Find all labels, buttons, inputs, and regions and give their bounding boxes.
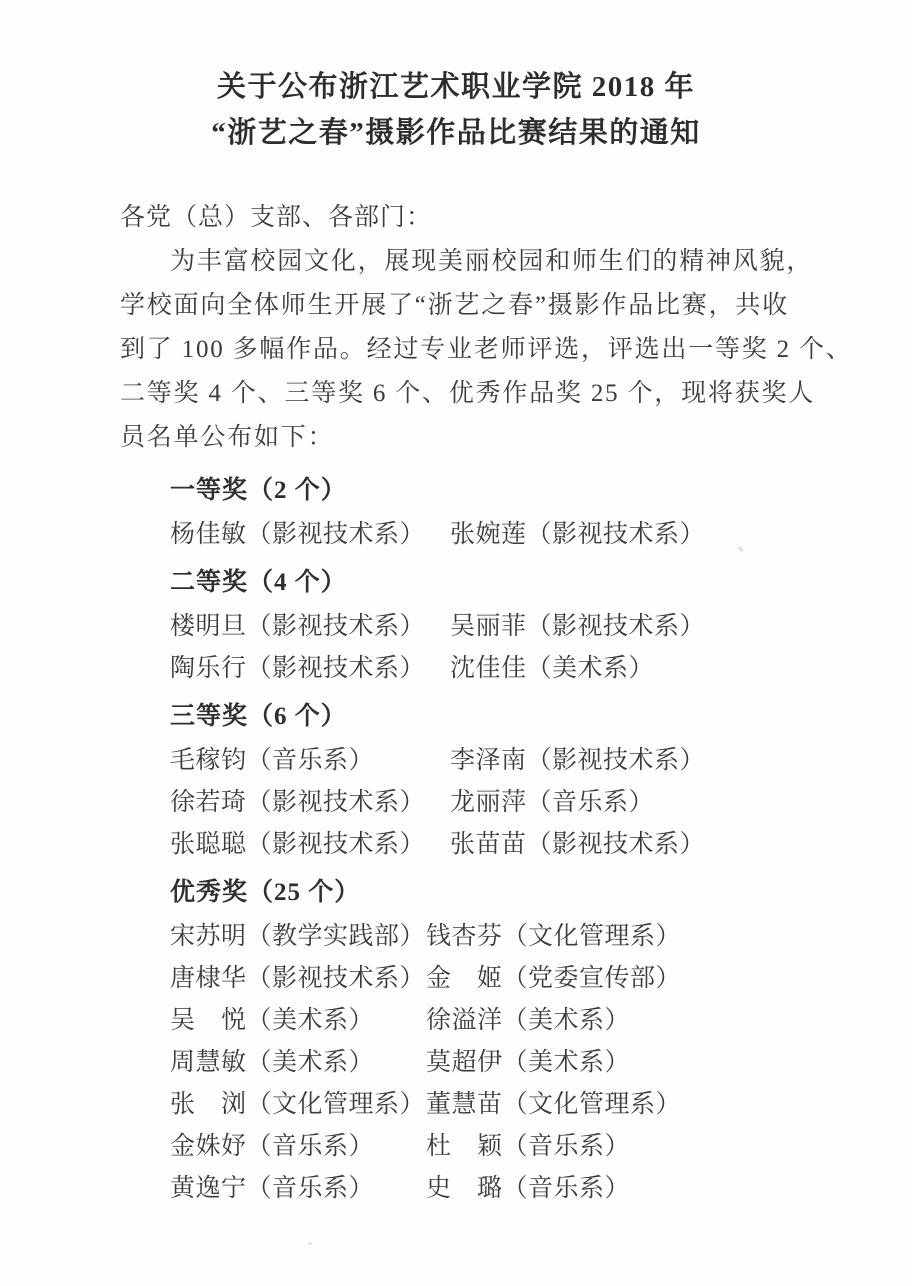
salutation: 各党（总）支部、各部门： [120, 196, 824, 240]
winner-row: 张聪聪（影视技术系） 张苗苗（影视技术系） [170, 824, 824, 866]
document-page: 关于公布浙江艺术职业学院 2018 年 “浙艺之春”摄影作品比赛结果的通知 各党… [0, 0, 912, 1286]
winner-entry: 唐棣华（影视技术系） [170, 958, 426, 1000]
winner-entry: 沈佳佳（美术系） [450, 648, 654, 690]
award-heading: 三等奖（6 个） [170, 696, 824, 738]
award-sections: 一等奖（2 个） 杨佳敏（影视技术系） 张婉莲（影视技术系） 二等奖（4 个） … [120, 470, 824, 1210]
paragraph-line: 二等奖 4 个、三等奖 6 个、优秀作品奖 25 个，现将获奖人 [120, 372, 824, 416]
winner-row: 杨佳敏（影视技术系） 张婉莲（影视技术系） [170, 514, 824, 556]
award-heading: 优秀奖（25 个） [170, 872, 824, 914]
winner-entry: 张苗苗（影视技术系） [450, 824, 705, 866]
winner-entry: 李泽南（影视技术系） [450, 740, 705, 782]
winner-row: 楼明旦（影视技术系） 吴丽菲（影视技术系） [170, 606, 824, 648]
winner-entry: 黄逸宁（音乐系） [170, 1168, 426, 1210]
winner-row: 宋苏明（教学实践部） 钱杏芬（文化管理系） [170, 916, 824, 958]
winner-entry: 宋苏明（教学实践部） [170, 916, 426, 958]
award-section-third-prize: 三等奖（6 个） 毛稼钧（音乐系） 李泽南（影视技术系） 徐若琦（影视技术系） … [120, 696, 824, 866]
winner-entry: 龙丽萍（音乐系） [450, 782, 654, 824]
winner-entry: 董慧苗（文化管理系） [426, 1084, 681, 1126]
winner-entry: 莫超伊（美术系） [426, 1042, 630, 1084]
winner-row: 黄逸宁（音乐系） 史 璐（音乐系） [170, 1168, 824, 1210]
winner-entry: 张 浏（文化管理系） [170, 1084, 426, 1126]
winner-entry: 杜 颖（音乐系） [426, 1126, 630, 1168]
winner-row: 张 浏（文化管理系） 董慧苗（文化管理系） [170, 1084, 824, 1126]
winner-row: 吴 悦（美术系） 徐溢洋（美术系） [170, 1000, 824, 1042]
winner-entry: 徐溢洋（美术系） [426, 1000, 630, 1042]
winner-row: 徐若琦（影视技术系） 龙丽萍（音乐系） [170, 782, 824, 824]
paragraph-line: 员名单公布如下： [120, 416, 824, 460]
winner-entry: 徐若琦（影视技术系） [170, 782, 450, 824]
winner-entry: 毛稼钧（音乐系） [170, 740, 450, 782]
paragraph-line: 为丰富校园文化，展现美丽校园和师生们的精神风貌， [120, 240, 824, 284]
winner-entry: 史 璐（音乐系） [426, 1168, 630, 1210]
paragraph-line: 到了 100 多幅作品。经过专业老师评选，评选出一等奖 2 个、 [120, 328, 824, 372]
award-section-first-prize: 一等奖（2 个） 杨佳敏（影视技术系） 张婉莲（影视技术系） [120, 470, 824, 556]
winner-entry: 陶乐行（影视技术系） [170, 648, 450, 690]
title-line-2: “浙艺之春”摄影作品比赛结果的通知 [0, 110, 912, 156]
winner-row: 唐棣华（影视技术系） 金 姬（党委宣传部） [170, 958, 824, 1000]
winner-entry: 楼明旦（影视技术系） [170, 606, 450, 648]
winner-entry: 周慧敏（美术系） [170, 1042, 426, 1084]
winner-entry: 金 姬（党委宣传部） [426, 958, 681, 1000]
winner-row: 陶乐行（影视技术系） 沈佳佳（美术系） [170, 648, 824, 690]
winner-entry: 吴 悦（美术系） [170, 1000, 426, 1042]
intro-paragraph: 为丰富校园文化，展现美丽校园和师生们的精神风貌， 学校面向全体师生开展了“浙艺之… [120, 240, 824, 460]
winner-entry: 钱杏芬（文化管理系） [426, 916, 681, 958]
winner-row: 毛稼钧（音乐系） 李泽南（影视技术系） [170, 740, 824, 782]
title-line-1: 关于公布浙江艺术职业学院 2018 年 [0, 64, 912, 110]
award-section-second-prize: 二等奖（4 个） 楼明旦（影视技术系） 吴丽菲（影视技术系） 陶乐行（影视技术系… [120, 562, 824, 690]
winner-entry: 张婉莲（影视技术系） [450, 514, 705, 556]
paragraph-line: 学校面向全体师生开展了“浙艺之春”摄影作品比赛，共收 [120, 284, 824, 328]
document-title: 关于公布浙江艺术职业学院 2018 年 “浙艺之春”摄影作品比赛结果的通知 [0, 0, 912, 156]
winner-entry: 杨佳敏（影视技术系） [170, 514, 450, 556]
award-heading: 一等奖（2 个） [170, 470, 824, 512]
winner-entry: 张聪聪（影视技术系） [170, 824, 450, 866]
document-body: 各党（总）支部、各部门： 为丰富校园文化，展现美丽校园和师生们的精神风貌， 学校… [0, 196, 912, 1210]
winner-row: 金姝妤（音乐系） 杜 颖（音乐系） [170, 1126, 824, 1168]
scan-artifact [308, 1242, 312, 1245]
winner-entry: 金姝妤（音乐系） [170, 1126, 426, 1168]
award-section-excellence-prize: 优秀奖（25 个） 宋苏明（教学实践部） 钱杏芬（文化管理系） 唐棣华（影视技术… [120, 872, 824, 1210]
award-heading: 二等奖（4 个） [170, 562, 824, 604]
winner-entry: 吴丽菲（影视技术系） [450, 606, 705, 648]
winner-row: 周慧敏（美术系） 莫超伊（美术系） [170, 1042, 824, 1084]
